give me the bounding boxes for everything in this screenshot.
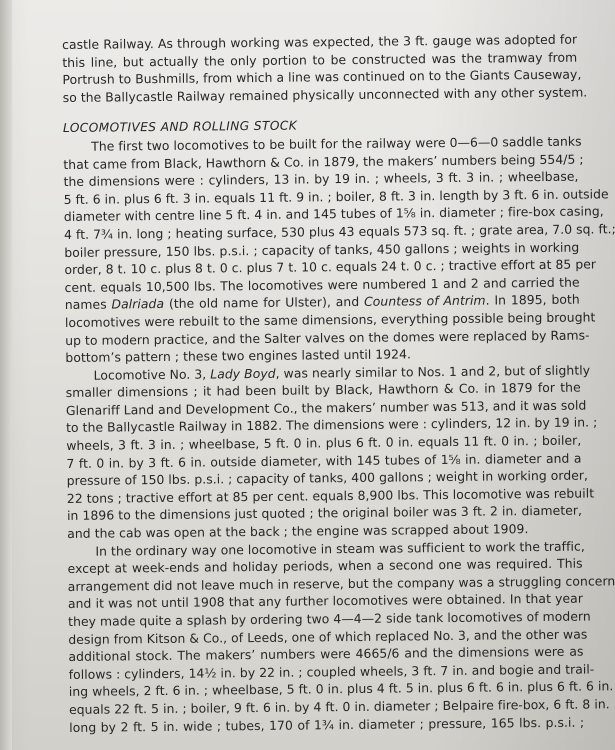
text-fragment: (the old name for Ulster), and: [164, 294, 364, 311]
book-spine-edge: [0, 0, 12, 750]
locomotive-name-lady-boyd: Lady Boyd: [210, 365, 276, 381]
text-fragment: names: [65, 297, 112, 312]
text-fragment: . In 1895, both: [486, 292, 580, 308]
intro-paragraph: castle Railway. As through working was e…: [62, 31, 578, 107]
locomotive-name-dalriada: Dalriada: [111, 296, 164, 312]
book-page: castle Railway. As through working was e…: [0, 0, 615, 750]
paragraph-kitson-locomotives: In the ordinary way one locomotive in st…: [67, 537, 584, 736]
text-fragment: Locomotive No. 3,: [93, 366, 210, 382]
locomotive-name-countess-of-antrim: Countess of Antrim: [364, 293, 486, 309]
text-fragment: , was nearly similar to Nos. 1 and 2, bu…: [276, 362, 591, 380]
paragraph-lady-boyd: Locomotive No. 3, Lady Boyd, was nearly …: [65, 361, 582, 542]
page-text: castle Railway. As through working was e…: [62, 31, 584, 737]
paragraph-first-locomotives: The first two locomotives to be built fo…: [63, 133, 580, 367]
